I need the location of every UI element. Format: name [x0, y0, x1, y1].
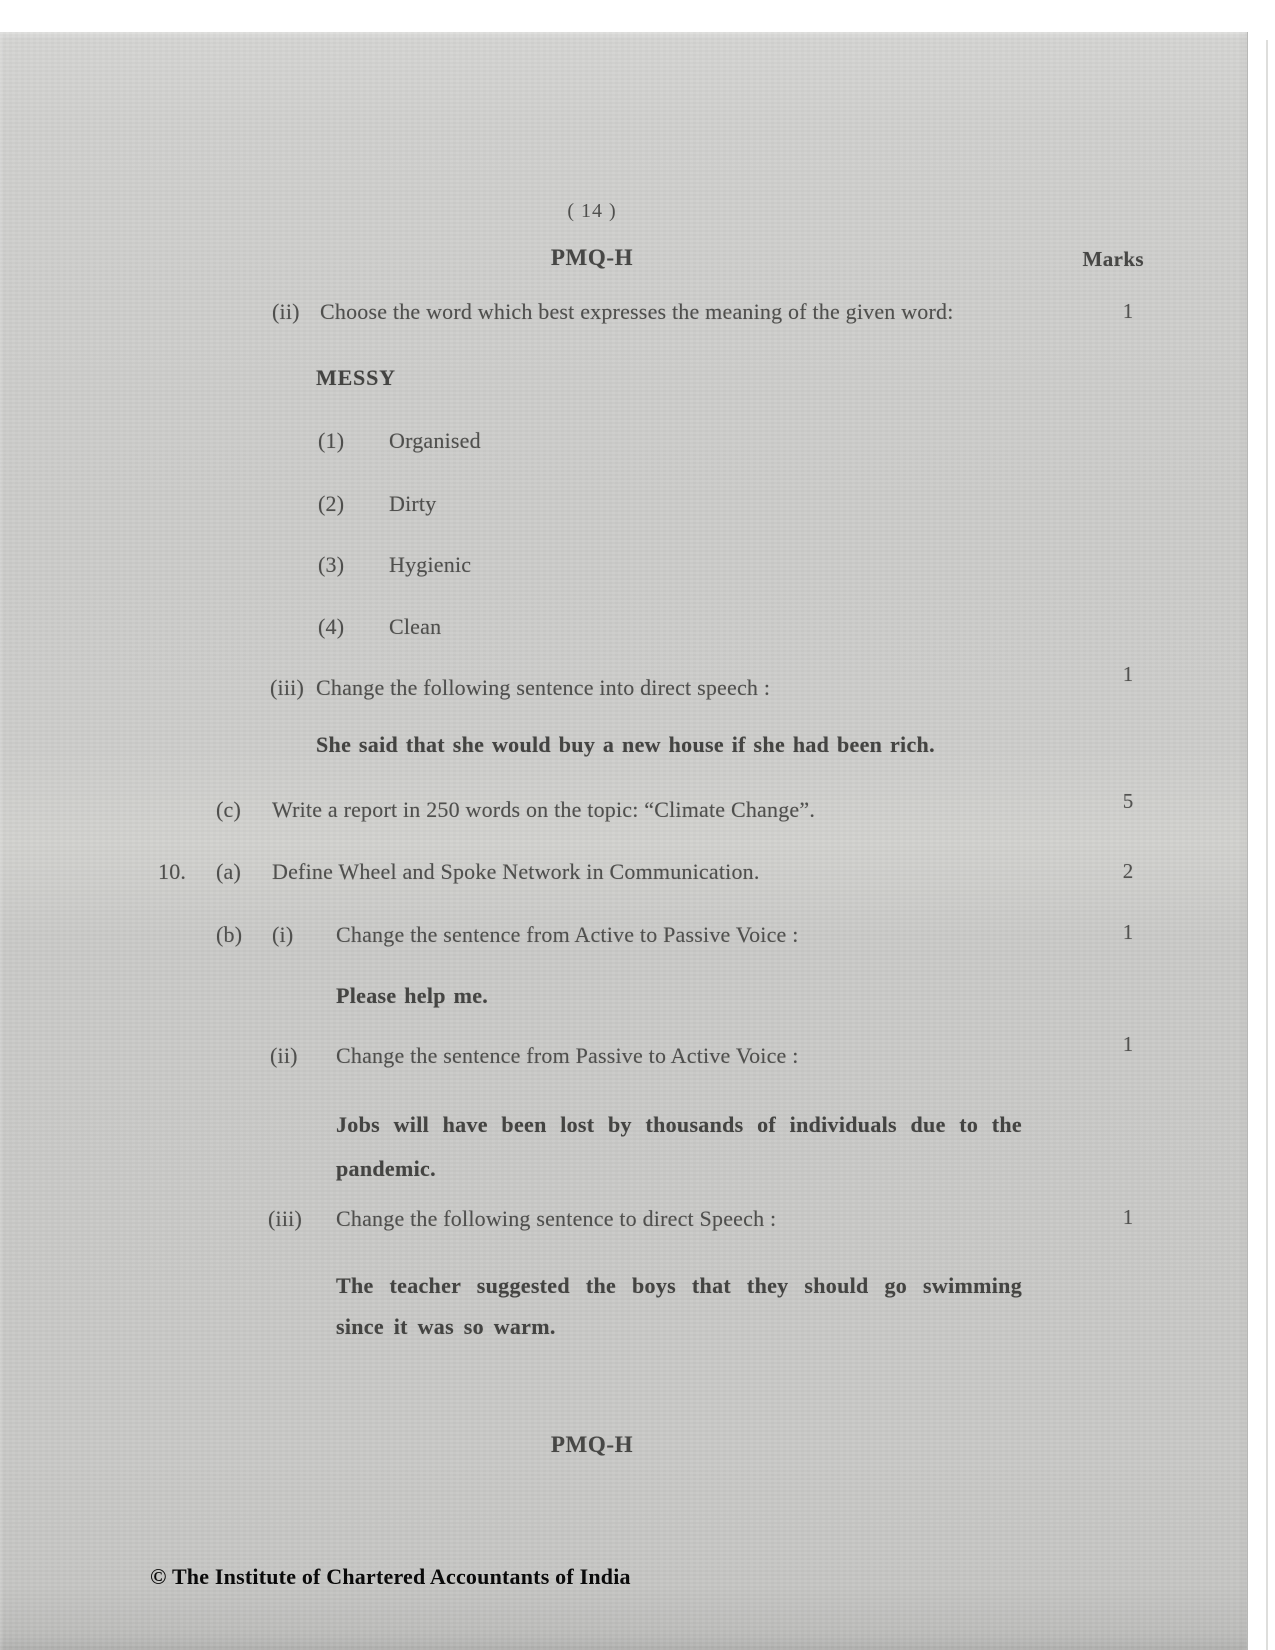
q10-b-iii-marks: 1 [1106, 1205, 1150, 1230]
q9-ii-option-4-label: Clean [389, 614, 441, 640]
q10-b-i-label: (i) [272, 922, 293, 948]
q9-iii-marks: 1 [1106, 662, 1150, 687]
q10-b-iii-label: (iii) [268, 1206, 302, 1232]
q9-c-label: (c) [216, 797, 241, 823]
q9-ii-option-3-num: (3) [318, 552, 344, 578]
q10-a-label: (a) [216, 859, 241, 885]
paper-sheet [0, 32, 1248, 1650]
paper-code-header: PMQ-H [0, 245, 1184, 271]
q10-b-iii-sentence: The teacher suggested the boys that they… [336, 1265, 1022, 1347]
q9-iii-sentence: She said that she would buy a new house … [316, 732, 935, 758]
q10-a-marks: 2 [1106, 859, 1150, 884]
q9-c-marks: 5 [1106, 789, 1150, 814]
q10-b-ii-label: (ii) [270, 1043, 298, 1069]
q9-iii-text: Change the following sentence into direc… [316, 675, 770, 701]
q10-b-iii-text: Change the following sentence to direct … [336, 1206, 776, 1232]
q10-number: 10. [158, 859, 186, 885]
q10-b-label: (b) [216, 922, 242, 948]
page-number: ( 14 ) [0, 200, 1184, 223]
q9-ii-text: Choose the word which best expresses the… [320, 299, 954, 325]
q9-c-text: Write a report in 250 words on the topic… [272, 797, 815, 823]
q9-ii-given-word: MESSY [316, 365, 396, 391]
q10-a-text: Define Wheel and Spoke Network in Commun… [272, 859, 760, 885]
q10-b-i-marks: 1 [1106, 920, 1150, 945]
q9-iii-label: (iii) [270, 675, 304, 701]
q10-b-ii-text: Change the sentence from Passive to Acti… [336, 1043, 799, 1069]
scanned-exam-page: { "page": { "page_number": "( 14 )", "he… [0, 0, 1275, 1650]
paper-code-footer: PMQ-H [0, 1432, 1184, 1458]
q10-b-i-text: Change the sentence from Active to Passi… [336, 922, 799, 948]
copyright-notice: © The Institute of Chartered Accountants… [150, 1564, 631, 1590]
q10-b-ii-marks: 1 [1106, 1032, 1150, 1057]
q9-ii-option-1-num: (1) [318, 428, 344, 454]
q9-ii-option-3-label: Hygienic [389, 552, 471, 578]
q9-ii-label: (ii) [272, 299, 300, 325]
marks-column-header: Marks [1040, 247, 1144, 272]
q10-b-i-sentence: Please help me. [336, 983, 488, 1009]
q10-b-ii-sentence: Jobs will have been lost by thousands of… [336, 1103, 1022, 1191]
q9-ii-option-2-num: (2) [318, 491, 344, 517]
q9-ii-marks: 1 [1106, 299, 1150, 324]
scan-edge-line [1266, 40, 1268, 1650]
q9-ii-option-4-num: (4) [318, 614, 344, 640]
q9-ii-option-1-label: Organised [389, 428, 481, 454]
q9-ii-option-2-label: Dirty [389, 491, 436, 517]
